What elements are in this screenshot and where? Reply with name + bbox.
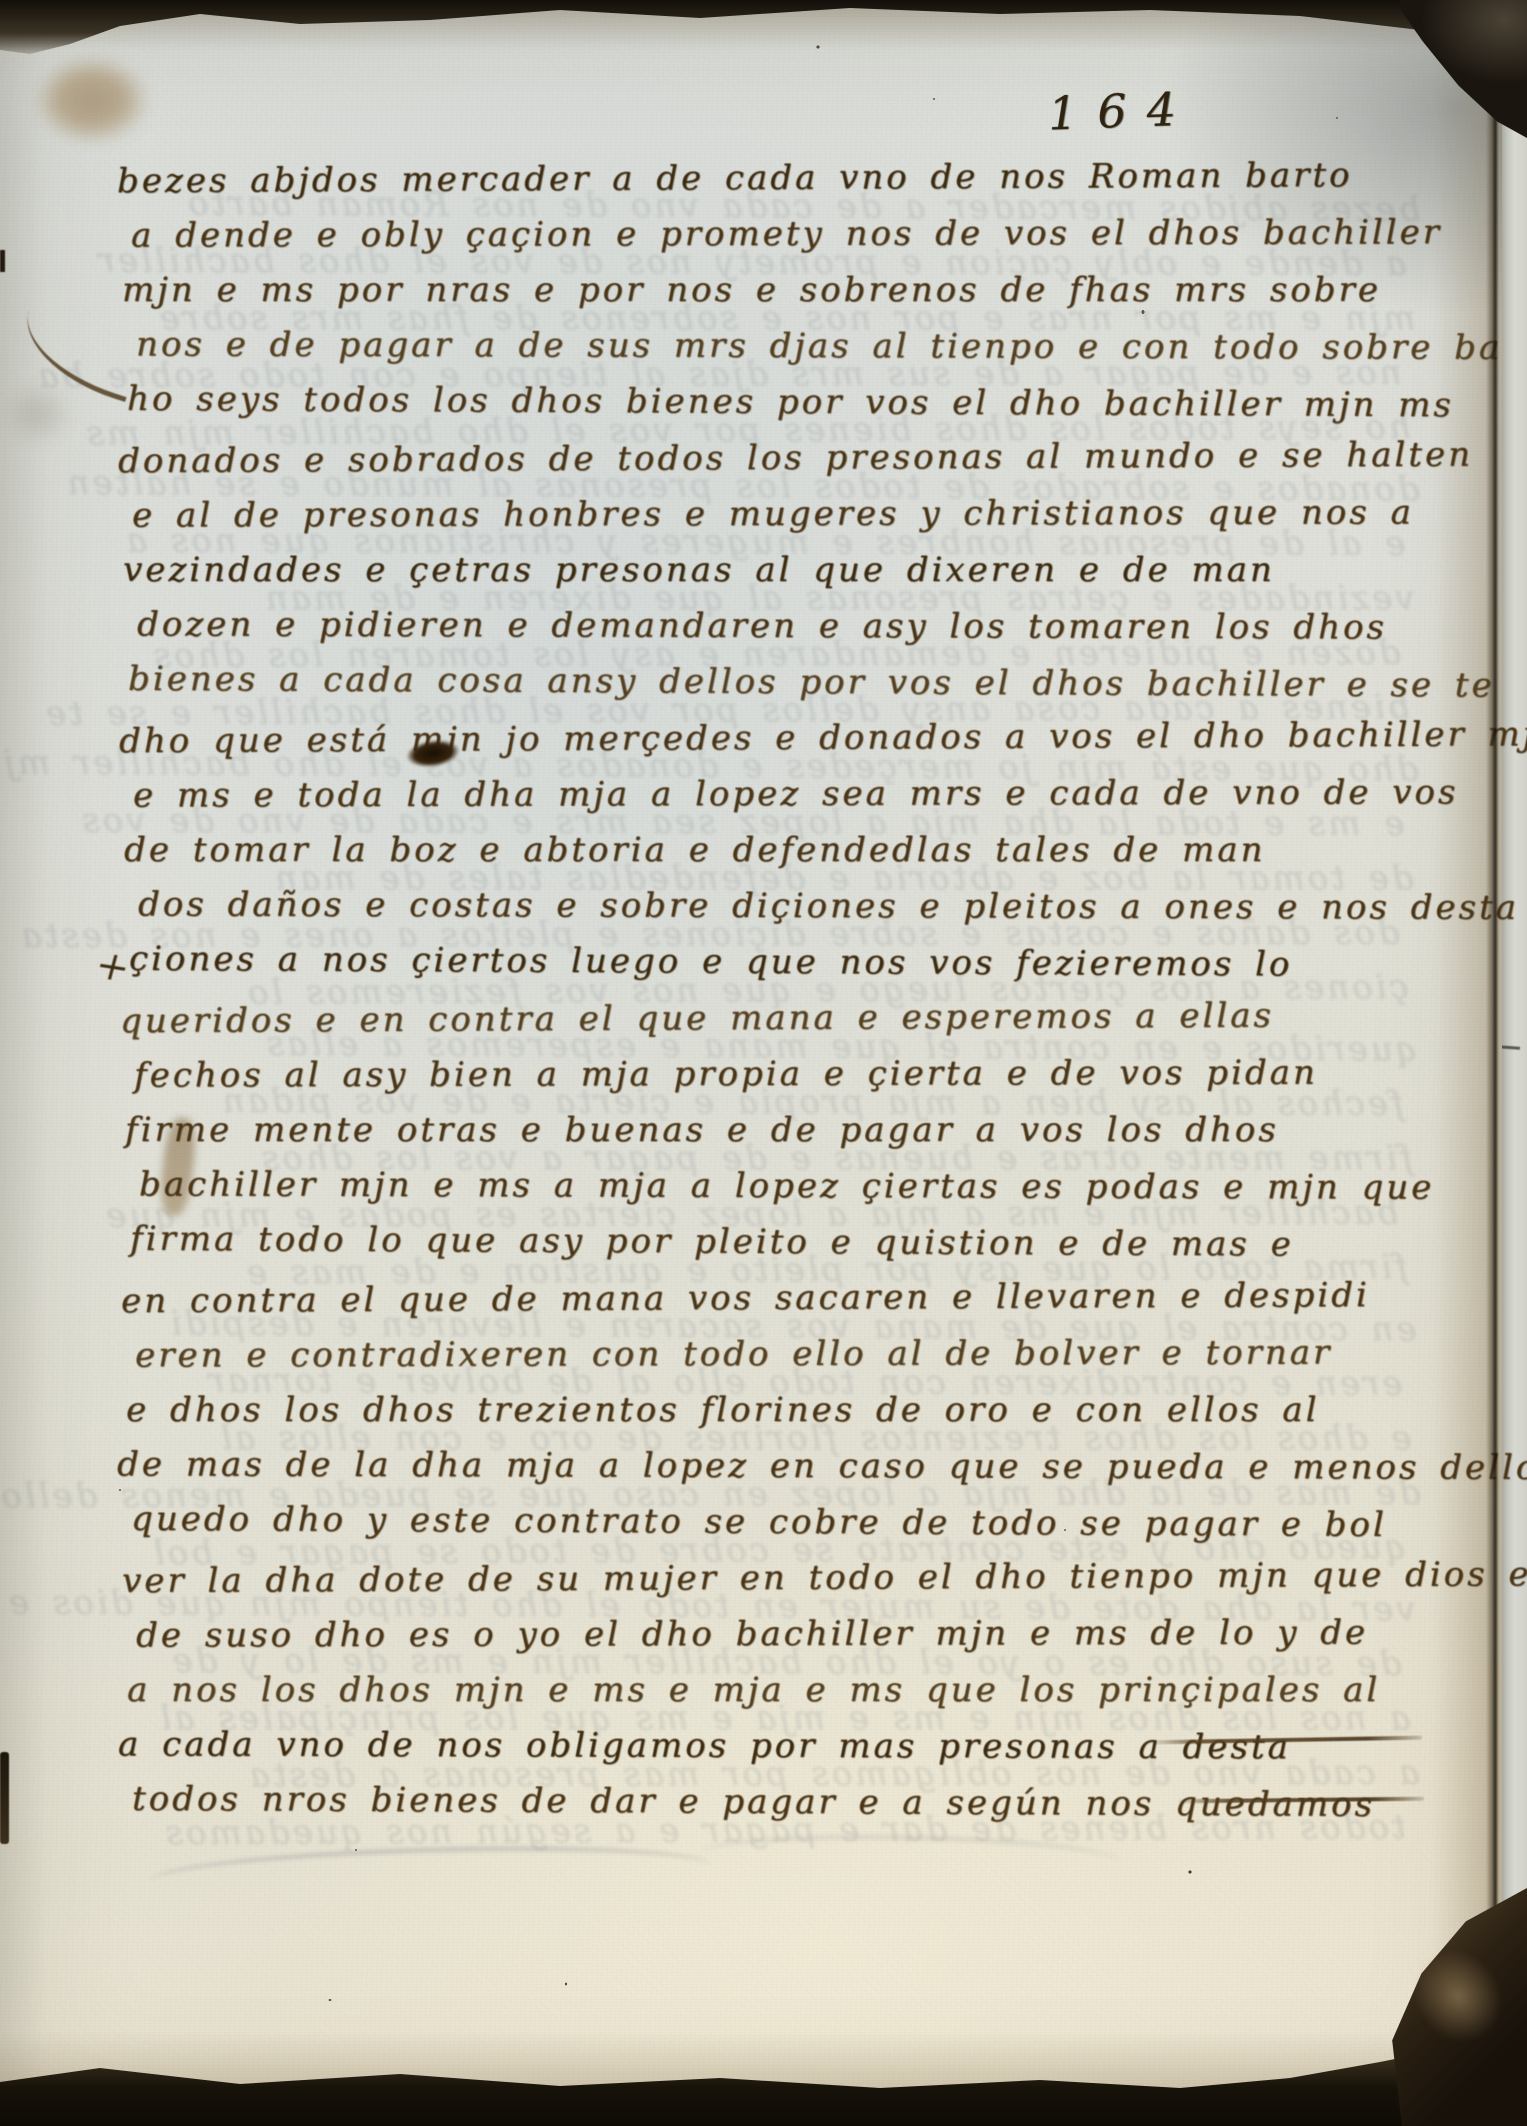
handwritten-line: bienes a cada cosa ansy dellos por vos e…: [128, 651, 1428, 713]
handwritten-line: vezindades e çetras presonas al que dixe…: [123, 542, 1423, 598]
handwritten-line: e dhos los dhos trezientos florines de o…: [126, 1382, 1426, 1438]
handwritten-line: bachiller mjn e ms a mja a lopez çiertas…: [139, 1156, 1439, 1215]
handwritten-line: dho que está mjn jo merçedes e donados a…: [119, 707, 1419, 769]
handwritten-line: fechos al asy bien a mja propia e çierta…: [134, 1044, 1434, 1103]
handwritten-line: mjn e ms por nras e por nos e sobrenos d…: [122, 262, 1422, 318]
handwritten-line: eren e contradixeren con todo ello al de…: [135, 1324, 1435, 1383]
handwritten-line: e al de presonas honbres e mugeres y chr…: [132, 484, 1432, 543]
manuscript-photo: bezes abjdos mercader a de cada vno de n…: [0, 0, 1527, 2126]
handwritten-line: quedo dho y este contrato se cobre de to…: [131, 1491, 1431, 1553]
handwritten-line: donados e sobrados de todos los presonas…: [118, 427, 1418, 489]
folio-number: 164: [1047, 81, 1197, 140]
handwritten-line: a dende e obly çaçion e promety nos de v…: [131, 204, 1431, 263]
handwritten-line: dozen e pidieren e demandaren e asy los …: [137, 596, 1437, 655]
handwritten-line: a nos los dhos mjn e ms e mja e ms que l…: [127, 1662, 1427, 1718]
handwritten-line: firma todo lo que asy por pleito e quist…: [130, 1211, 1430, 1273]
handwritten-line: en contra el que de mana vos sacaren e l…: [121, 1267, 1421, 1329]
handwritten-line: bezes abjdos mercader a de cada vno de n…: [117, 147, 1417, 209]
handwritten-line: firme mente otras e buenas e de pagar a …: [125, 1102, 1425, 1158]
top-left-stain: [34, 56, 150, 144]
handwritten-line: de tomar la boz e abtoria e defendedlas …: [124, 822, 1424, 878]
handwritten-line: de suso dho es o yo el dho bachiller mjn…: [136, 1604, 1436, 1663]
handwritten-line: ver la dha dote de su mujer en todo el d…: [122, 1547, 1422, 1609]
handwritten-line: ho seys todos los dhos bienes por vos el…: [127, 371, 1427, 433]
handwritten-line: de mas de la dha mja a lopez en caso que…: [117, 1436, 1417, 1495]
handwritten-line: çiones a nos çiertos luego e que nos vos…: [129, 931, 1429, 993]
handwritten-line: a cada vno de nos obligamos por mas pres…: [118, 1716, 1418, 1775]
manuscript-page: bezes abjdos mercader a de cada vno de n…: [0, 0, 1502, 2126]
handwritten-line: queridos e en contra el que mana e esper…: [120, 987, 1420, 1049]
handwriting-layer: bezes abjdos mercader a de cada vno de n…: [128, 150, 1428, 1830]
handwritten-line: dos daños e costas e sobre diçiones e pl…: [138, 876, 1438, 935]
handwritten-line: e ms e toda la dha mja a lopez sea mrs e…: [133, 764, 1433, 823]
handwritten-line: nos e de pagar a de sus mrs djas al tien…: [136, 316, 1436, 375]
